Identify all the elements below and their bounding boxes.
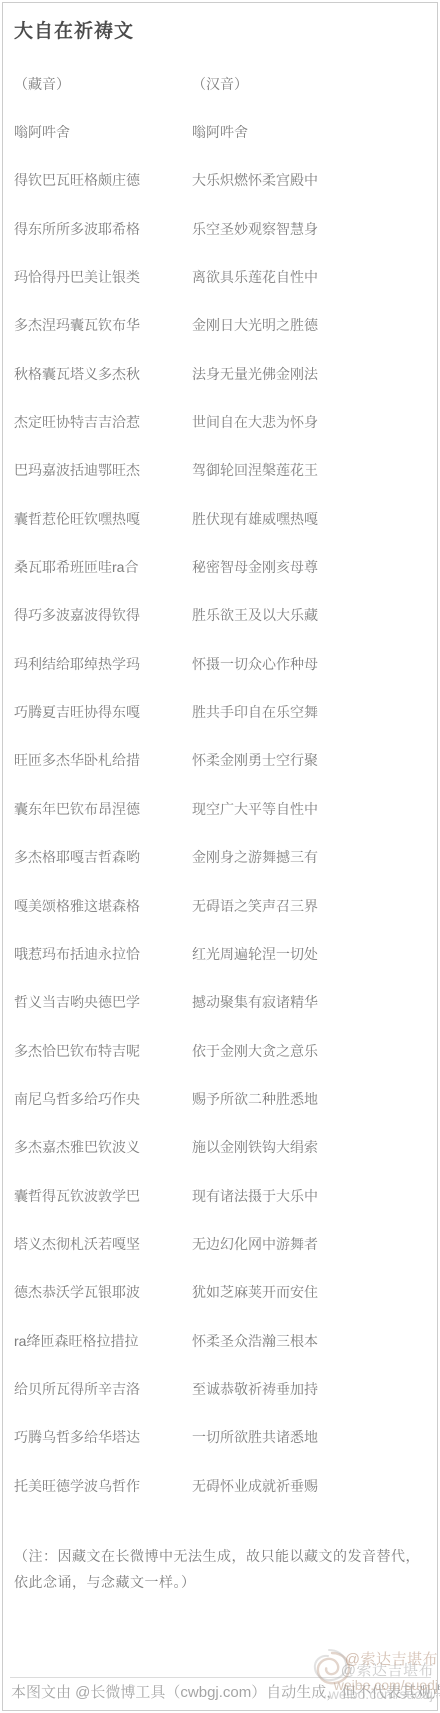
verse-tibetan-phonetic: 玛利结给耶绰热学玛 — [0, 656, 192, 704]
column-headers: （藏音） （汉音） — [0, 76, 440, 92]
verse-chinese-meaning: 离欲具乐莲花自性中 — [192, 269, 440, 317]
verse-row: 巧腾乌哲多给华塔达一切所欲胜共诸悉地 — [0, 1429, 440, 1477]
verse-tibetan-phonetic: 哲义当吉哟央德巴学 — [0, 994, 192, 1042]
verse-tibetan-phonetic: 得东所所多波耶希格 — [0, 221, 192, 269]
verse-row: 多杰涅玛囊瓦钦布华金刚日大光明之胜德 — [0, 317, 440, 365]
verse-chinese-meaning: 胜共手印自在乐空舞 — [192, 704, 440, 752]
verse-row: 得钦巴瓦旺格颇庄德大乐炽燃怀柔宫殿中 — [0, 172, 440, 220]
verse-row: 囊哲惹伦旺钦嘿热嘎胜伏现有雄威嘿热嘎 — [0, 511, 440, 559]
verse-row: 哲义当吉哟央德巴学撼动聚集有寂诸精华 — [0, 994, 440, 1042]
verse-tibetan-phonetic: 嗡阿吽舍 — [0, 124, 192, 172]
verse-tibetan-phonetic: 巧腾夏吉旺协得东嘎 — [0, 704, 192, 752]
verse-row: 杰定旺协特吉吉洽惹世间自在大悲为怀身 — [0, 414, 440, 462]
verse-chinese-meaning: 乐空圣妙观察智慧身 — [192, 221, 440, 269]
verse-chinese-meaning: 大乐炽燃怀柔宫殿中 — [192, 172, 440, 220]
verse-tibetan-phonetic: 嘎美颂格雅这堪森格 — [0, 898, 192, 946]
verse-tibetan-phonetic: 囊东年巴钦布昂涅德 — [0, 801, 192, 849]
verse-tibetan-phonetic: 德杰恭沃学瓦银耶波 — [0, 1284, 192, 1332]
verse-chinese-meaning: 赐予所欲二种胜悉地 — [192, 1091, 440, 1139]
verse-row: 南尼乌哲多给巧作央赐予所欲二种胜悉地 — [0, 1091, 440, 1139]
verse-tibetan-phonetic: 南尼乌哲多给巧作央 — [0, 1091, 192, 1139]
verse-row: 多杰格耶嘎吉哲森哟金刚身之游舞撼三有 — [0, 849, 440, 897]
verse-row: 巴玛嘉波括迪鄂旺杰驾御轮回涅槃莲花王 — [0, 462, 440, 510]
verse-tibetan-phonetic: 给贝所瓦得所辛吉洛 — [0, 1381, 192, 1429]
watermark: @索达吉堪布 @索达吉堪布 weibo.com/suodj weibo.com/… — [300, 1636, 440, 1711]
verse-tibetan-phonetic: 囊哲惹伦旺钦嘿热嘎 — [0, 511, 192, 559]
verse-tibetan-phonetic: 巴玛嘉波括迪鄂旺杰 — [0, 462, 192, 510]
verse-chinese-meaning: 无边幻化网中游舞者 — [192, 1236, 440, 1284]
verse-chinese-meaning: 怀摄一切众心作种母 — [192, 656, 440, 704]
verse-tibetan-phonetic: 得钦巴瓦旺格颇庄德 — [0, 172, 192, 220]
long-weibo-document: { "title": "大自在祈祷文", "column_headers": {… — [0, 0, 440, 1713]
verse-row: 秋格囊瓦塔义多杰秋法身无量光佛金刚法 — [0, 366, 440, 414]
verse-row: 玛利结给耶绰热学玛怀摄一切众心作种母 — [0, 656, 440, 704]
verse-tibetan-phonetic: ra绛匝森旺格拉措拉 — [0, 1333, 192, 1381]
verse-row: 巧腾夏吉旺协得东嘎胜共手印自在乐空舞 — [0, 704, 440, 752]
verse-row: 得东所所多波耶希格乐空圣妙观察智慧身 — [0, 221, 440, 269]
verse-row: 囊东年巴钦布昂涅德现空广大平等自性中 — [0, 801, 440, 849]
verse-chinese-meaning: 犹如芝麻荚开而安住 — [192, 1284, 440, 1332]
watermark-handle: @索达吉堪布 — [345, 1648, 438, 1669]
verse-list: 嗡阿吽舍嗡阿吽舍得钦巴瓦旺格颇庄德大乐炽燃怀柔宫殿中得东所所多波耶希格乐空圣妙观… — [0, 124, 440, 1526]
verse-tibetan-phonetic: 玛恰得丹巴美让银类 — [0, 269, 192, 317]
verse-chinese-meaning: 现空广大平等自性中 — [192, 801, 440, 849]
verse-tibetan-phonetic: 囊哲得瓦钦波敦学巴 — [0, 1188, 192, 1236]
page-title: 大自在祈祷文 — [14, 16, 134, 43]
verse-chinese-meaning: 怀柔金刚勇士空行聚 — [192, 752, 440, 800]
verse-chinese-meaning: 世间自在大悲为怀身 — [192, 414, 440, 462]
verse-tibetan-phonetic: 多杰涅玛囊瓦钦布华 — [0, 317, 192, 365]
verse-tibetan-phonetic: 多杰格耶嘎吉哲森哟 — [0, 849, 192, 897]
verse-tibetan-phonetic: 旺匝多杰华卧札给措 — [0, 752, 192, 800]
verse-row: 给贝所瓦得所辛吉洛至诚恭敬祈祷垂加持 — [0, 1381, 440, 1429]
verse-chinese-meaning: 法身无量光佛金刚法 — [192, 366, 440, 414]
verse-row: 嗡阿吽舍嗡阿吽舍 — [0, 124, 440, 172]
verse-chinese-meaning: 怀柔圣众浩瀚三根本 — [192, 1333, 440, 1381]
verse-row: 嘎美颂格雅这堪森格无碍语之笑声召三界 — [0, 898, 440, 946]
verse-chinese-meaning: 金刚身之游舞撼三有 — [192, 849, 440, 897]
verse-tibetan-phonetic: 塔义杰彻札沃若嘎坚 — [0, 1236, 192, 1284]
verse-row: ra绛匝森旺格拉措拉怀柔圣众浩瀚三根本 — [0, 1333, 440, 1381]
verse-tibetan-phonetic: 桑瓦耶希班匝哇ra合 — [0, 559, 192, 607]
verse-chinese-meaning: 现有诸法摄于大乐中 — [192, 1188, 440, 1236]
verse-row: 囊哲得瓦钦波敦学巴现有诸法摄于大乐中 — [0, 1188, 440, 1236]
verse-row: 托美旺德学波乌哲作无碍怀业成就祈垂赐 — [0, 1478, 440, 1526]
column-header-tibetan: （藏音） — [0, 76, 192, 92]
verse-chinese-meaning: 施以金刚铁钩大绢索 — [192, 1139, 440, 1187]
verse-chinese-meaning: 至诚恭敬祈祷垂加持 — [192, 1381, 440, 1429]
verse-chinese-meaning: 无碍语之笑声召三界 — [192, 898, 440, 946]
verse-chinese-meaning: 撼动聚集有寂诸精华 — [192, 994, 440, 1042]
verse-chinese-meaning: 胜乐欲王及以大乐藏 — [192, 607, 440, 655]
verse-chinese-meaning: 胜伏现有雄威嘿热嘎 — [192, 511, 440, 559]
verse-chinese-meaning: 无碍怀业成就祈垂赐 — [192, 1478, 440, 1526]
verse-tibetan-phonetic: 秋格囊瓦塔义多杰秋 — [0, 366, 192, 414]
verse-row: 得巧多波嘉波得钦得胜乐欲王及以大乐藏 — [0, 607, 440, 655]
verse-row: 哦惹玛布括迪永拉恰红光周遍轮涅一切处 — [0, 946, 440, 994]
verse-row: 塔义杰彻札沃若嘎坚无边幻化网中游舞者 — [0, 1236, 440, 1284]
footnote: （注：因藏文在长微博中无法生成，故只能以藏文的发音替代，依此念诵，与念藏文一样。… — [14, 1543, 420, 1595]
verse-row: 玛恰得丹巴美让银类离欲具乐莲花自性中 — [0, 269, 440, 317]
verse-chinese-meaning: 一切所欲胜共诸悉地 — [192, 1429, 440, 1477]
verse-row: 多杰恰巴钦布特吉呢依于金刚大贪之意乐 — [0, 1043, 440, 1091]
verse-chinese-meaning: 驾御轮回涅槃莲花王 — [192, 462, 440, 510]
verse-chinese-meaning: 嗡阿吽舍 — [192, 124, 440, 172]
verse-row: 桑瓦耶希班匝哇ra合秘密智母金刚亥母尊 — [0, 559, 440, 607]
verse-row: 德杰恭沃学瓦银耶波犹如芝麻荚开而安住 — [0, 1284, 440, 1332]
verse-chinese-meaning: 金刚日大光明之胜德 — [192, 317, 440, 365]
verse-tibetan-phonetic: 得巧多波嘉波得钦得 — [0, 607, 192, 655]
verse-tibetan-phonetic: 多杰恰巴钦布特吉呢 — [0, 1043, 192, 1091]
verse-tibetan-phonetic: 杰定旺协特吉吉洽惹 — [0, 414, 192, 462]
verse-row: 多杰嘉杰雅巴钦波义施以金刚铁钩大绢索 — [0, 1139, 440, 1187]
verse-tibetan-phonetic: 多杰嘉杰雅巴钦波义 — [0, 1139, 192, 1187]
column-header-chinese: （汉音） — [192, 76, 440, 92]
verse-chinese-meaning: 依于金刚大贪之意乐 — [192, 1043, 440, 1091]
verse-row: 旺匝多杰华卧札给措怀柔金刚勇士空行聚 — [0, 752, 440, 800]
verse-chinese-meaning: 秘密智母金刚亥母尊 — [192, 559, 440, 607]
verse-tibetan-phonetic: 哦惹玛布括迪永拉恰 — [0, 946, 192, 994]
watermark-url: weibo.com/suodj — [334, 1677, 438, 1693]
verse-chinese-meaning: 红光周遍轮涅一切处 — [192, 946, 440, 994]
verse-tibetan-phonetic: 托美旺德学波乌哲作 — [0, 1478, 192, 1526]
verse-tibetan-phonetic: 巧腾乌哲多给华塔达 — [0, 1429, 192, 1477]
